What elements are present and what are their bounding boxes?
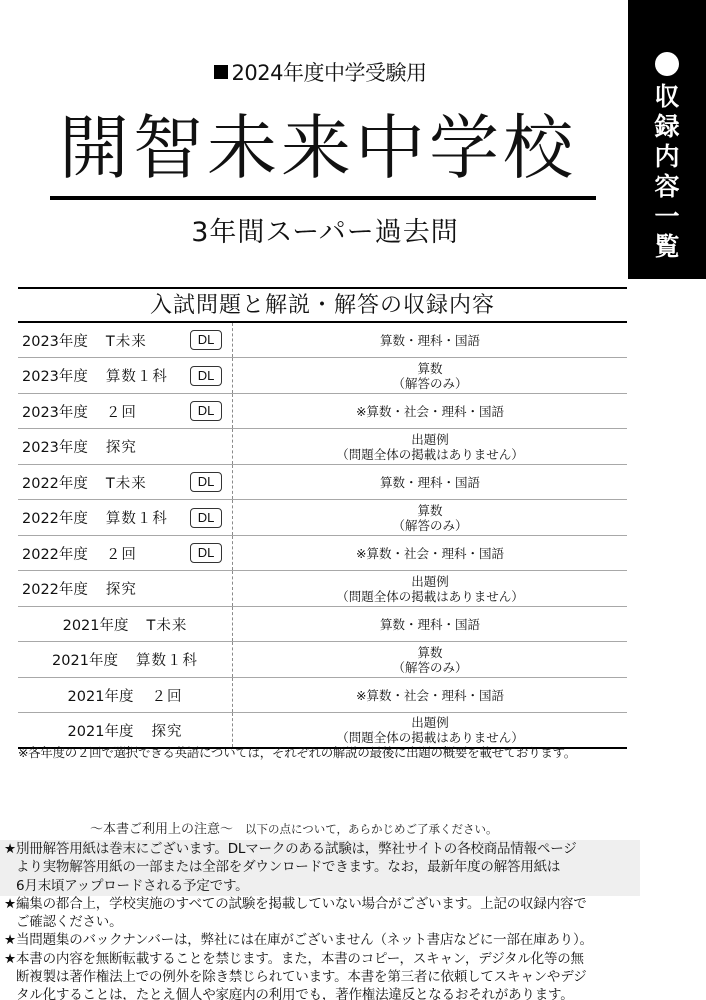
contents-line: 出題例	[411, 574, 449, 589]
star-icon: ★	[4, 840, 16, 895]
notice-subtitle: 以下の点について，あらかじめご了承ください。	[245, 822, 498, 836]
exam-test: 算数１科	[106, 507, 168, 528]
contents-cell: 算数・理科・国語	[233, 465, 627, 499]
exam-cell: 2022年度 探究	[18, 571, 233, 606]
contents-cell: 出題例 （問題全体の掲載はありません）	[233, 429, 627, 464]
contents-line: 出題例	[411, 432, 449, 447]
table-row: 2021年度 ２回 ※算数・社会・理科・国語	[18, 678, 627, 713]
exam-cell: 2023年度 ２回 DL	[18, 394, 233, 428]
table-row: 2023年度 ２回 DL ※算数・社会・理科・国語	[18, 394, 627, 429]
exam-test: 探究	[106, 578, 137, 599]
notice-item: ★ 編集の都合上，学校実施のすべての試験を掲載していない場合がございます。上記の…	[4, 895, 644, 932]
notice-heading: ～本書ご利用上の注意～以下の点について，あらかじめご了承ください。	[0, 820, 706, 839]
exam-year: 2021年度	[63, 614, 129, 635]
exam-year: 2022年度	[22, 578, 88, 599]
contents-cell: 算数 （解答のみ）	[233, 642, 627, 677]
exam-year: 2021年度	[52, 649, 118, 670]
exam-cell: 2021年度 探究	[18, 713, 233, 747]
exam-cell: 2022年度 算数１科 DL	[18, 500, 233, 535]
exam-year: 2023年度	[22, 436, 88, 457]
dl-badge: DL	[190, 472, 222, 492]
exam-test: 算数１科	[136, 649, 198, 670]
exam-cell: 2021年度 算数１科	[18, 642, 233, 677]
dl-badge: DL	[190, 366, 222, 386]
contents-cell: ※算数・社会・理科・国語	[233, 394, 627, 428]
contents-line: ※算数・社会・理科・国語	[356, 688, 504, 703]
side-tab-char: 録	[654, 112, 679, 142]
exam-year: 2021年度	[68, 720, 134, 741]
contents-line: ※算数・社会・理科・国語	[356, 546, 504, 561]
title-divider	[50, 196, 596, 200]
table-footnote: ※各年度の２回で選択できる英語については，それぞれの解説の最後に出題の概要を載せ…	[18, 744, 658, 762]
side-tab-char: 覧	[654, 232, 679, 262]
exam-test: T未来	[106, 472, 147, 493]
table-row: 2022年度 ２回 DL ※算数・社会・理科・国語	[18, 536, 627, 571]
notice-text: 編集の都合上，学校実施のすべての試験を掲載していない場合がございます。上記の収録…	[16, 895, 644, 932]
star-icon: ★	[4, 895, 16, 932]
filled-circle-icon	[655, 52, 679, 76]
exam-test: ２回	[151, 685, 182, 706]
table-row: 2023年度 探究 出題例 （問題全体の掲載はありません）	[18, 429, 627, 465]
contents-cell: 算数・理科・国語	[233, 323, 627, 357]
contents-cell: 出題例 （問題全体の掲載はありません）	[233, 713, 627, 747]
table-row: 2021年度 算数１科 算数 （解答のみ）	[18, 642, 627, 678]
table-row: 2022年度 算数１科 DL 算数 （解答のみ）	[18, 500, 627, 536]
table-row: 2023年度 T未来 DL 算数・理科・国語	[18, 323, 627, 358]
exam-test: 探究	[106, 436, 137, 457]
contents-line: ※算数・社会・理科・国語	[356, 404, 504, 419]
dl-badge: DL	[190, 330, 222, 350]
contents-line: 算数・理科・国語	[380, 617, 480, 632]
notice-text: 本書の内容を無断転載することを禁じます。また，本書のコピー，スキャン，デジタル化…	[16, 950, 644, 1000]
contents-cell: ※算数・社会・理科・国語	[233, 678, 627, 712]
contents-cell: 出題例 （問題全体の掲載はありません）	[233, 571, 627, 606]
contents-note: （問題全体の掲載はありません）	[336, 589, 524, 604]
contents-note: （解答のみ）	[392, 518, 467, 533]
contents-line: 算数	[417, 503, 442, 518]
exam-cell: 2023年度 算数１科 DL	[18, 358, 233, 393]
contents-cell: 算数 （解答のみ）	[233, 500, 627, 535]
notice-text: 当問題集のバックナンバーは，弊社には在庫がございません（ネット書店などに一部在庫…	[16, 931, 644, 949]
side-tab-char: 一	[654, 202, 679, 232]
filled-square-icon	[214, 65, 228, 79]
contents-cell: 算数 （解答のみ）	[233, 358, 627, 393]
contents-line: 算数・理科・国語	[380, 475, 480, 490]
dl-badge: DL	[190, 543, 222, 563]
contents-note: （問題全体の掲載はありません）	[336, 730, 524, 745]
exam-test: T未来	[147, 614, 188, 635]
table-row: 2021年度 T未来 算数・理科・国語	[18, 607, 627, 642]
exam-year: 2022年度	[22, 543, 88, 564]
contents-table: 入試問題と解説・解答の収録内容 2023年度 T未来 DL 算数・理科・国語 2…	[18, 287, 627, 749]
exam-year: 2023年度	[22, 401, 88, 422]
contents-cell: ※算数・社会・理科・国語	[233, 536, 627, 570]
contents-note: （問題全体の掲載はありません）	[336, 447, 524, 462]
exam-test: T未来	[106, 330, 147, 351]
edition-label: 2024年度中学受験用	[0, 58, 640, 88]
notice-text: 別冊解答用紙は巻末にございます。DLマークのある試験は，弊社サイトの各校商品情報…	[16, 840, 644, 895]
exam-cell: 2023年度 探究	[18, 429, 233, 464]
notice-item: ★ 別冊解答用紙は巻末にございます。DLマークのある試験は，弊社サイトの各校商品…	[4, 840, 644, 895]
contents-line: 出題例	[411, 715, 449, 730]
contents-line: 算数	[417, 361, 442, 376]
table-row: 2022年度 探究 出題例 （問題全体の掲載はありません）	[18, 571, 627, 607]
notice-item: ★ 本書の内容を無断転載することを禁じます。また，本書のコピー，スキャン，デジタ…	[4, 950, 644, 1000]
table-row: 2023年度 算数１科 DL 算数 （解答のみ）	[18, 358, 627, 394]
exam-year: 2022年度	[22, 507, 88, 528]
star-icon: ★	[4, 950, 16, 1000]
notice-item: ★ 当問題集のバックナンバーは，弊社には在庫がございません（ネット書店などに一部…	[4, 931, 644, 949]
contents-line: 算数・理科・国語	[380, 333, 480, 348]
exam-year: 2022年度	[22, 472, 88, 493]
notice-title: ～本書ご利用上の注意～	[90, 822, 233, 837]
exam-cell: 2022年度 T未来 DL	[18, 465, 233, 499]
side-tab-char: 内	[654, 142, 679, 172]
dl-badge: DL	[190, 401, 222, 421]
table-row: 2022年度 T未来 DL 算数・理科・国語	[18, 465, 627, 500]
exam-test: ２回	[106, 543, 137, 564]
contents-note: （解答のみ）	[392, 376, 467, 391]
exam-cell: 2023年度 T未来 DL	[18, 323, 233, 357]
dl-badge: DL	[190, 508, 222, 528]
star-icon: ★	[4, 931, 16, 949]
side-tab-char: 収	[654, 82, 679, 112]
school-name-title: 開智未来中学校	[0, 108, 636, 188]
edition-text: 2024年度中学受験用	[232, 61, 427, 85]
side-tab-char: 容	[654, 172, 679, 202]
exam-cell: 2021年度 ２回	[18, 678, 233, 712]
series-title: 3年間スーパー過去問	[0, 215, 650, 251]
exam-year: 2023年度	[22, 365, 88, 386]
exam-test: ２回	[106, 401, 137, 422]
exam-cell: 2021年度 T未来	[18, 607, 233, 641]
exam-year: 2023年度	[22, 330, 88, 351]
exam-year: 2021年度	[68, 685, 134, 706]
exam-test: 探究	[151, 720, 182, 741]
table-heading: 入試問題と解説・解答の収録内容	[18, 289, 627, 323]
exam-test: 算数１科	[106, 365, 168, 386]
exam-cell: 2022年度 ２回 DL	[18, 536, 233, 570]
notice-list: ★ 別冊解答用紙は巻末にございます。DLマークのある試験は，弊社サイトの各校商品…	[4, 840, 644, 1000]
contents-note: （解答のみ）	[392, 660, 467, 675]
contents-line: 算数	[417, 645, 442, 660]
contents-cell: 算数・理科・国語	[233, 607, 627, 641]
